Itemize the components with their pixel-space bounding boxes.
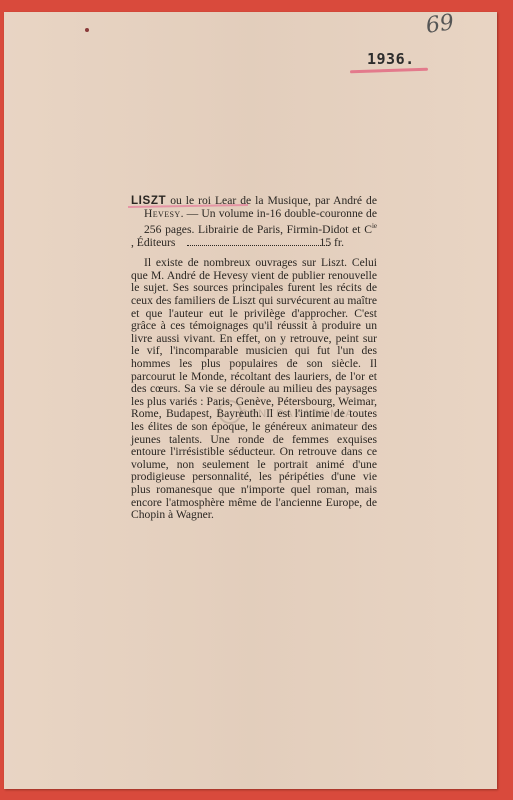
dot-leader [187,237,329,247]
review-body: Il existe de nombreux ouvrages sur Liszt… [131,257,377,521]
book-review-article: LISZT ou le roi Lear de la Musique, par … [131,195,377,522]
year-stamp: 1936. [367,50,415,68]
book-author: Hevesy [144,207,181,220]
ink-spot [85,28,89,32]
publisher-end: , Éditeurs [144,237,183,250]
book-price: 15 fr. [333,237,344,250]
price-line: , Éditeurs15 fr. [144,237,344,250]
publisher-superscript: ie [372,222,377,230]
handwritten-page-number: 69 [424,10,455,39]
book-citation: LISZT ou le roi Lear de la Musique, par … [131,195,377,249]
